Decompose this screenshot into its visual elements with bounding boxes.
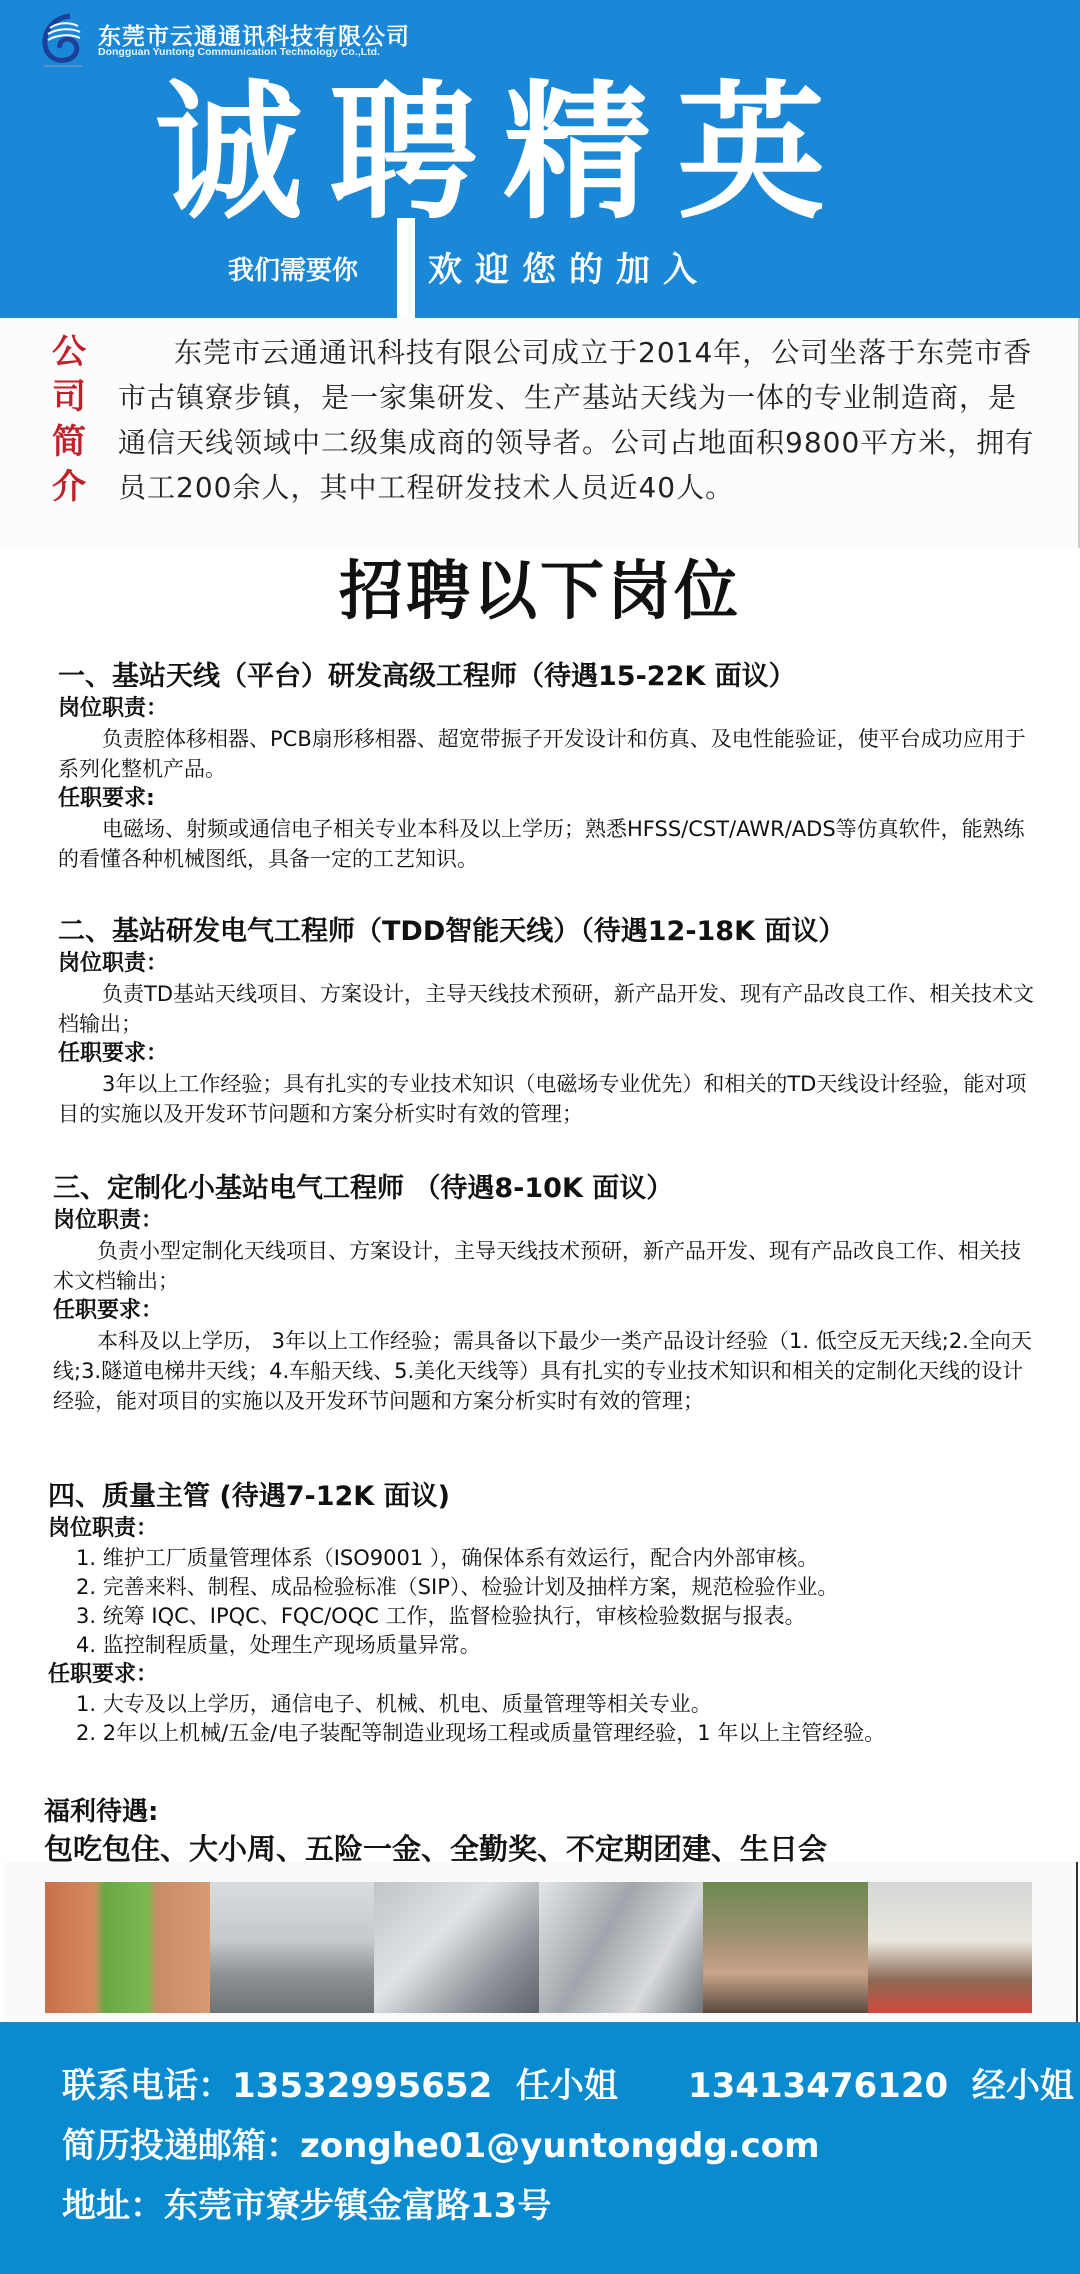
duty-text: 负责小型定制化天线项目、方案设计，主导天线技术预研，新产品开发、现有产品改良工作… xyxy=(53,1236,1033,1296)
intro-label: 公司简介 xyxy=(52,330,96,510)
duty-label: 岗位职责： xyxy=(53,1206,1033,1236)
job-posting: 一、基站天线（平台）研发高级工程师（待遇15-22K 面议） 岗位职责： 负责腔… xyxy=(58,660,1038,874)
duty-text: 负责TD基站天线项目、方案设计，主导天线技术预研，新产品开发、现有产品改良工作、… xyxy=(58,979,1038,1039)
job-posting: 四、质量主管 (待遇7-12K 面议) 岗位职责： 1. 维护工厂质量管理体系（… xyxy=(48,1480,1028,1748)
job-title: 一、基站天线（平台）研发高级工程师（待遇15-22K 面议） xyxy=(58,660,1038,694)
duty-label: 岗位职责： xyxy=(58,949,1038,979)
requirement-item: 2. 2年以上机械/五金/电子装配等制造业现场工程或质量管理经验，1 年以上主管… xyxy=(48,1719,1028,1748)
job-title: 四、质量主管 (待遇7-12K 面议) xyxy=(48,1480,1028,1514)
tagline-right: 欢迎您的加入 xyxy=(428,242,710,291)
contact-email-line: 简历投递邮箱：zonghe01@yuntongdg.com xyxy=(62,2118,820,2167)
birthday-party-photo xyxy=(868,1882,1033,2013)
requirement-text: 本科及以上学历， 3年以上工作经验；需具备以下最少一类产品设计经验（1. 低空反… xyxy=(53,1326,1033,1416)
email-label: 简历投递邮箱： xyxy=(62,2126,300,2166)
phone-number-2[interactable]: 13413476120 xyxy=(688,2066,948,2106)
contact-name-2: 经小姐 xyxy=(972,2066,1074,2106)
job-title: 二、基站研发电气工程师（TDD智能天线）（待遇12-18K 面议） xyxy=(58,915,1038,949)
requirement-label: 任职要求： xyxy=(48,1660,1028,1690)
positions-title: 招聘以下岗位 xyxy=(0,540,1080,632)
phone-label: 联系电话： xyxy=(62,2066,232,2106)
job-posting: 二、基站研发电气工程师（TDD智能天线）（待遇12-18K 面议） 岗位职责： … xyxy=(58,915,1038,1129)
benefits-section: 福利待遇: 包吃包住、大小周、五险一金、全勤奖、不定期团建、生日会 xyxy=(44,1795,827,1869)
team-outing-photo xyxy=(703,1882,868,2013)
benefits-label: 福利待遇: xyxy=(44,1795,827,1829)
headline: 诚聘精英 xyxy=(155,68,925,238)
contact-address-line: 地址：东莞市寮步镇金富路13号 xyxy=(62,2178,551,2227)
duty-label: 岗位职责： xyxy=(58,694,1038,724)
duty-item: 2. 完善来料、制程、成品检验标准（SIP）、检验计划及抽样方案，规范检验作业。 xyxy=(48,1573,1028,1602)
duty-label: 岗位职责： xyxy=(48,1514,1028,1544)
intro-text: 东莞市云通通讯科技有限公司成立于2014年，公司坐落于东莞市香市古镇寮步镇，是一… xyxy=(118,330,1038,510)
address-label: 地址： xyxy=(62,2186,164,2226)
phone-number-1[interactable]: 13532995652 xyxy=(232,2066,492,2106)
decorative-bar xyxy=(397,218,415,318)
contact-phone-line: 联系电话：13532995652 任小姐13413476120 经小姐 xyxy=(62,2058,1074,2107)
company-logo-icon xyxy=(40,12,86,70)
production-line-photo xyxy=(374,1882,539,2013)
address-text: 东莞市寮步镇金富路13号 xyxy=(164,2186,551,2226)
job-title: 三、定制化小基站电气工程师 （待遇8-10K 面议） xyxy=(53,1172,1033,1206)
canteen-food-photo xyxy=(45,1882,210,2013)
company-name-en: Dongguan Yuntong Communication Technolog… xyxy=(98,46,380,58)
duty-item: 3. 统筹 IQC、IPQC、FQC/OQC 工作，监督检验执行，审核检验数据与… xyxy=(48,1602,1028,1631)
job-posting: 三、定制化小基站电气工程师 （待遇8-10K 面议） 岗位职责： 负责小型定制化… xyxy=(53,1172,1033,1416)
requirement-text: 3年以上工作经验；具有扎实的专业技术知识（电磁场专业优先）和相关的TD天线设计经… xyxy=(58,1069,1038,1129)
contact-name-1: 任小姐 xyxy=(516,2066,618,2106)
requirement-label: 任职要求： xyxy=(53,1296,1033,1326)
duty-text: 负责腔体移相器、PCB扇形移相器、超宽带振子开发设计和仿真、及电性能验证，使平台… xyxy=(58,724,1038,784)
requirement-label: 任职要求： xyxy=(58,1039,1038,1069)
tagline-left: 我们需要你 xyxy=(228,250,358,287)
intro-body: 东莞市云通通讯科技有限公司成立于2014年，公司坐落于东莞市香市古镇寮步镇，是一… xyxy=(118,336,1034,504)
requirement-text: 电磁场、射频或通信电子相关专业本科及以上学历；熟悉HFSS/CST/AWR/AD… xyxy=(58,814,1038,874)
dining-hall-photo xyxy=(210,1882,375,2013)
duty-item: 1. 维护工厂质量管理体系（ISO9001 ），确保体系有效运行，配合内外部审核… xyxy=(48,1544,1028,1573)
email-address[interactable]: zonghe01@yuntongdg.com xyxy=(300,2126,820,2166)
photo-strip xyxy=(45,1882,1032,2013)
requirement-item: 1. 大专及以上学历，通信电子、机械、机电、质量管理等相关专业。 xyxy=(48,1690,1028,1719)
requirement-label: 任职要求: xyxy=(58,784,1038,814)
equipment-photo xyxy=(539,1882,704,2013)
duty-item: 4. 监控制程质量，处理生产现场质量异常。 xyxy=(48,1631,1028,1660)
